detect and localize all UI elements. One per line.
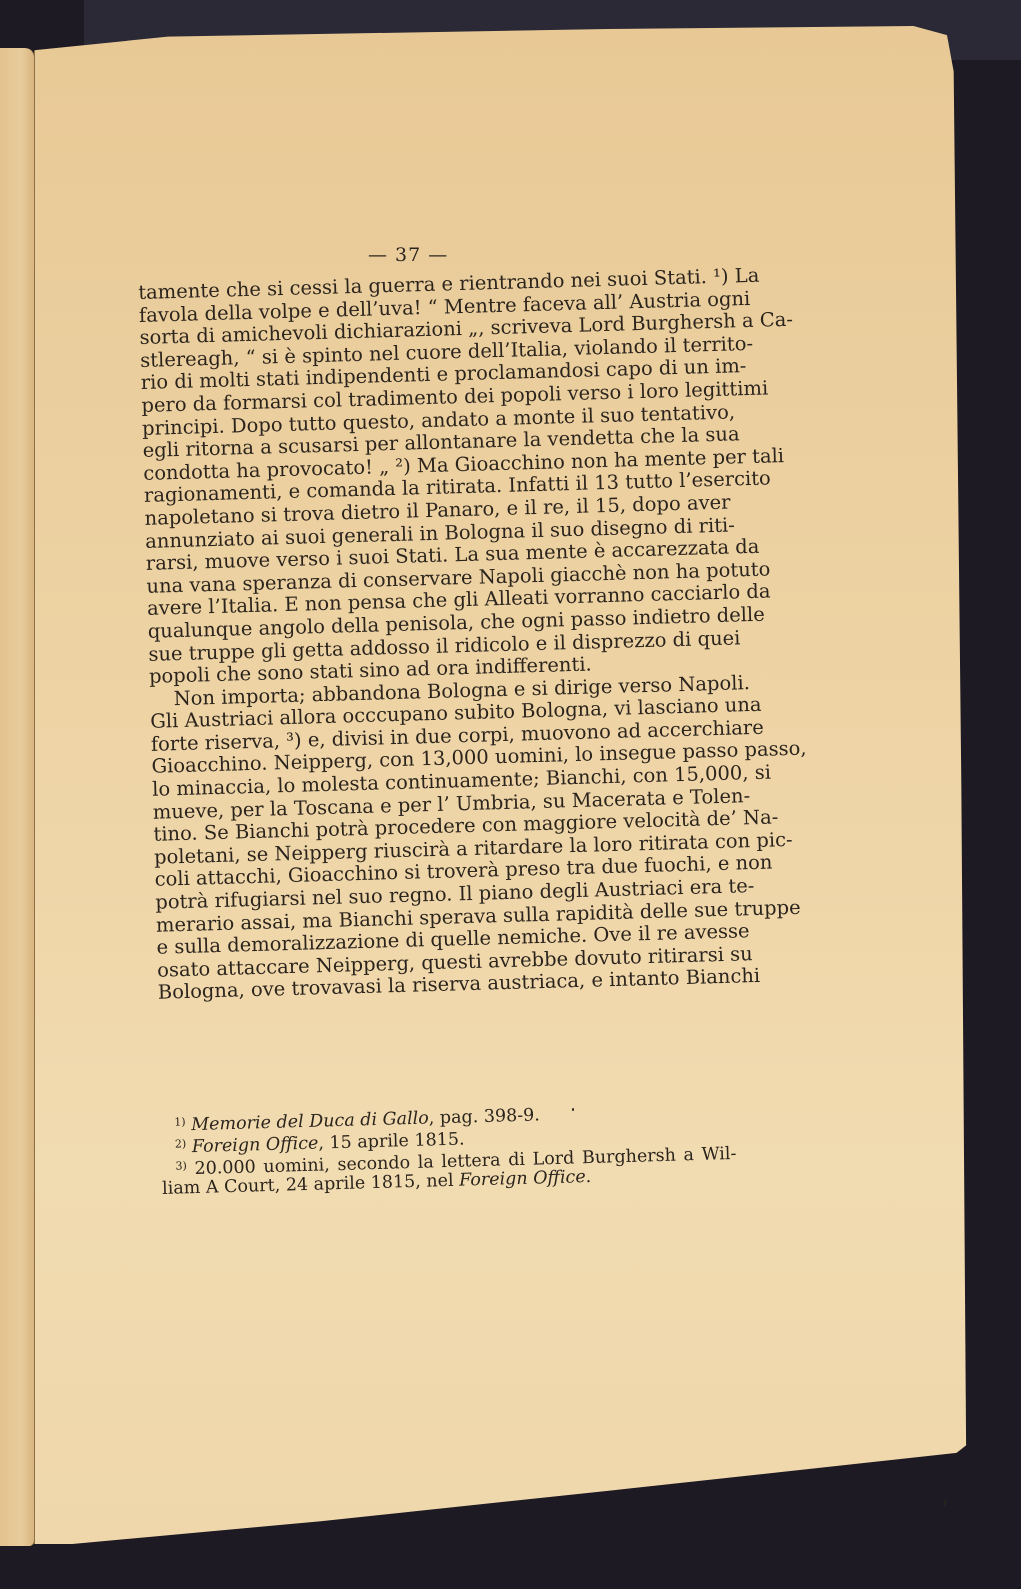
body-text: tamente che si cessi la guerra e rientra… <box>138 266 744 1005</box>
footnote-number: 1) <box>174 1115 186 1128</box>
footnotes: 1) Memorie del Duca di Gallo, pag. 398-9… <box>160 1096 737 1200</box>
paper-speck <box>944 1500 946 1506</box>
footnote-title: Foreign Office <box>459 1167 586 1191</box>
footnote-text: . <box>585 1167 591 1187</box>
footnote-number: 3) <box>175 1159 187 1172</box>
footnote-number: 2) <box>175 1137 187 1150</box>
page-number: — 37 — <box>368 244 448 266</box>
paper-speck <box>572 1108 574 1111</box>
page-content: — 37 — tamente che si cessi la guerra e … <box>0 0 1021 1589</box>
